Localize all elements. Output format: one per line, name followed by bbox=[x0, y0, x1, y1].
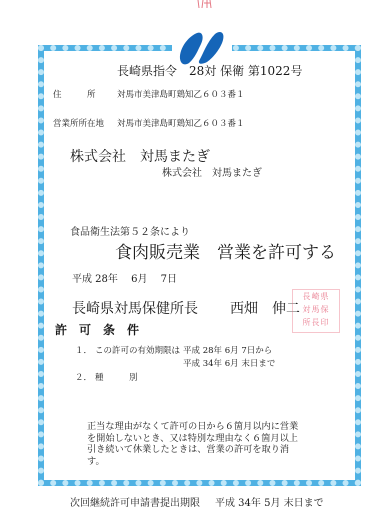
renewal-deadline-value: 平成 34年 5月 末日まで bbox=[215, 494, 324, 509]
seal-line: 所長印 bbox=[293, 316, 339, 329]
decorative-border bbox=[38, 45, 361, 486]
validity-from: 平成 28年 6月 7日から bbox=[183, 344, 272, 356]
red-receipt-mark-icon bbox=[196, 0, 212, 9]
issuer-title: 長崎県対馬保健所長 bbox=[72, 298, 198, 318]
business-name-small: 株式会社 対馬またぎ bbox=[162, 164, 262, 179]
condition-2-label: 種 別 bbox=[95, 371, 138, 383]
business-name-large: 株式会社 対馬またぎ bbox=[70, 146, 210, 166]
address-value: 対馬市美津島町鶏知乙６０３番１ bbox=[117, 88, 245, 100]
revocation-notice: 正当な理由がなくて許可の日から６箇月以内に営業を開始しないとき、又は特別な理由な… bbox=[87, 421, 302, 467]
condition-1-number: １． bbox=[75, 344, 92, 356]
condition-1-label: この許可の有効期限は bbox=[95, 344, 180, 356]
conditions-heading: 許 可 条 件 bbox=[55, 321, 139, 338]
law-basis: 食品衛生法第５２条により bbox=[70, 223, 190, 238]
issuer-name: 西畑 伸二 bbox=[230, 298, 300, 318]
prefecture-logo-icon bbox=[177, 28, 225, 66]
address-label: 住 所 bbox=[53, 88, 96, 100]
validity-to: 平成 34年 6月 末日まで bbox=[183, 357, 275, 369]
permission-statement: 食肉販売業 営業を許可する bbox=[115, 238, 336, 263]
seal-line: 対馬保 bbox=[293, 303, 339, 316]
business-location-value: 対馬市美津島町鶏知乙６０３番１ bbox=[117, 117, 245, 129]
seal-line: 長崎県 bbox=[293, 290, 339, 303]
issue-date: 平成 28年 6月 7日 bbox=[72, 270, 177, 285]
permit-number: 長崎県指令 28対 保衛 第1022号 bbox=[117, 62, 302, 79]
renewal-deadline-label: 次回継続許可申請書提出期限 bbox=[70, 494, 200, 509]
condition-2-number: ２． bbox=[75, 371, 92, 383]
business-location-label: 営業所所在地 bbox=[53, 117, 104, 129]
official-seal-icon: 長崎県 対馬保 所長印 bbox=[292, 289, 340, 333]
